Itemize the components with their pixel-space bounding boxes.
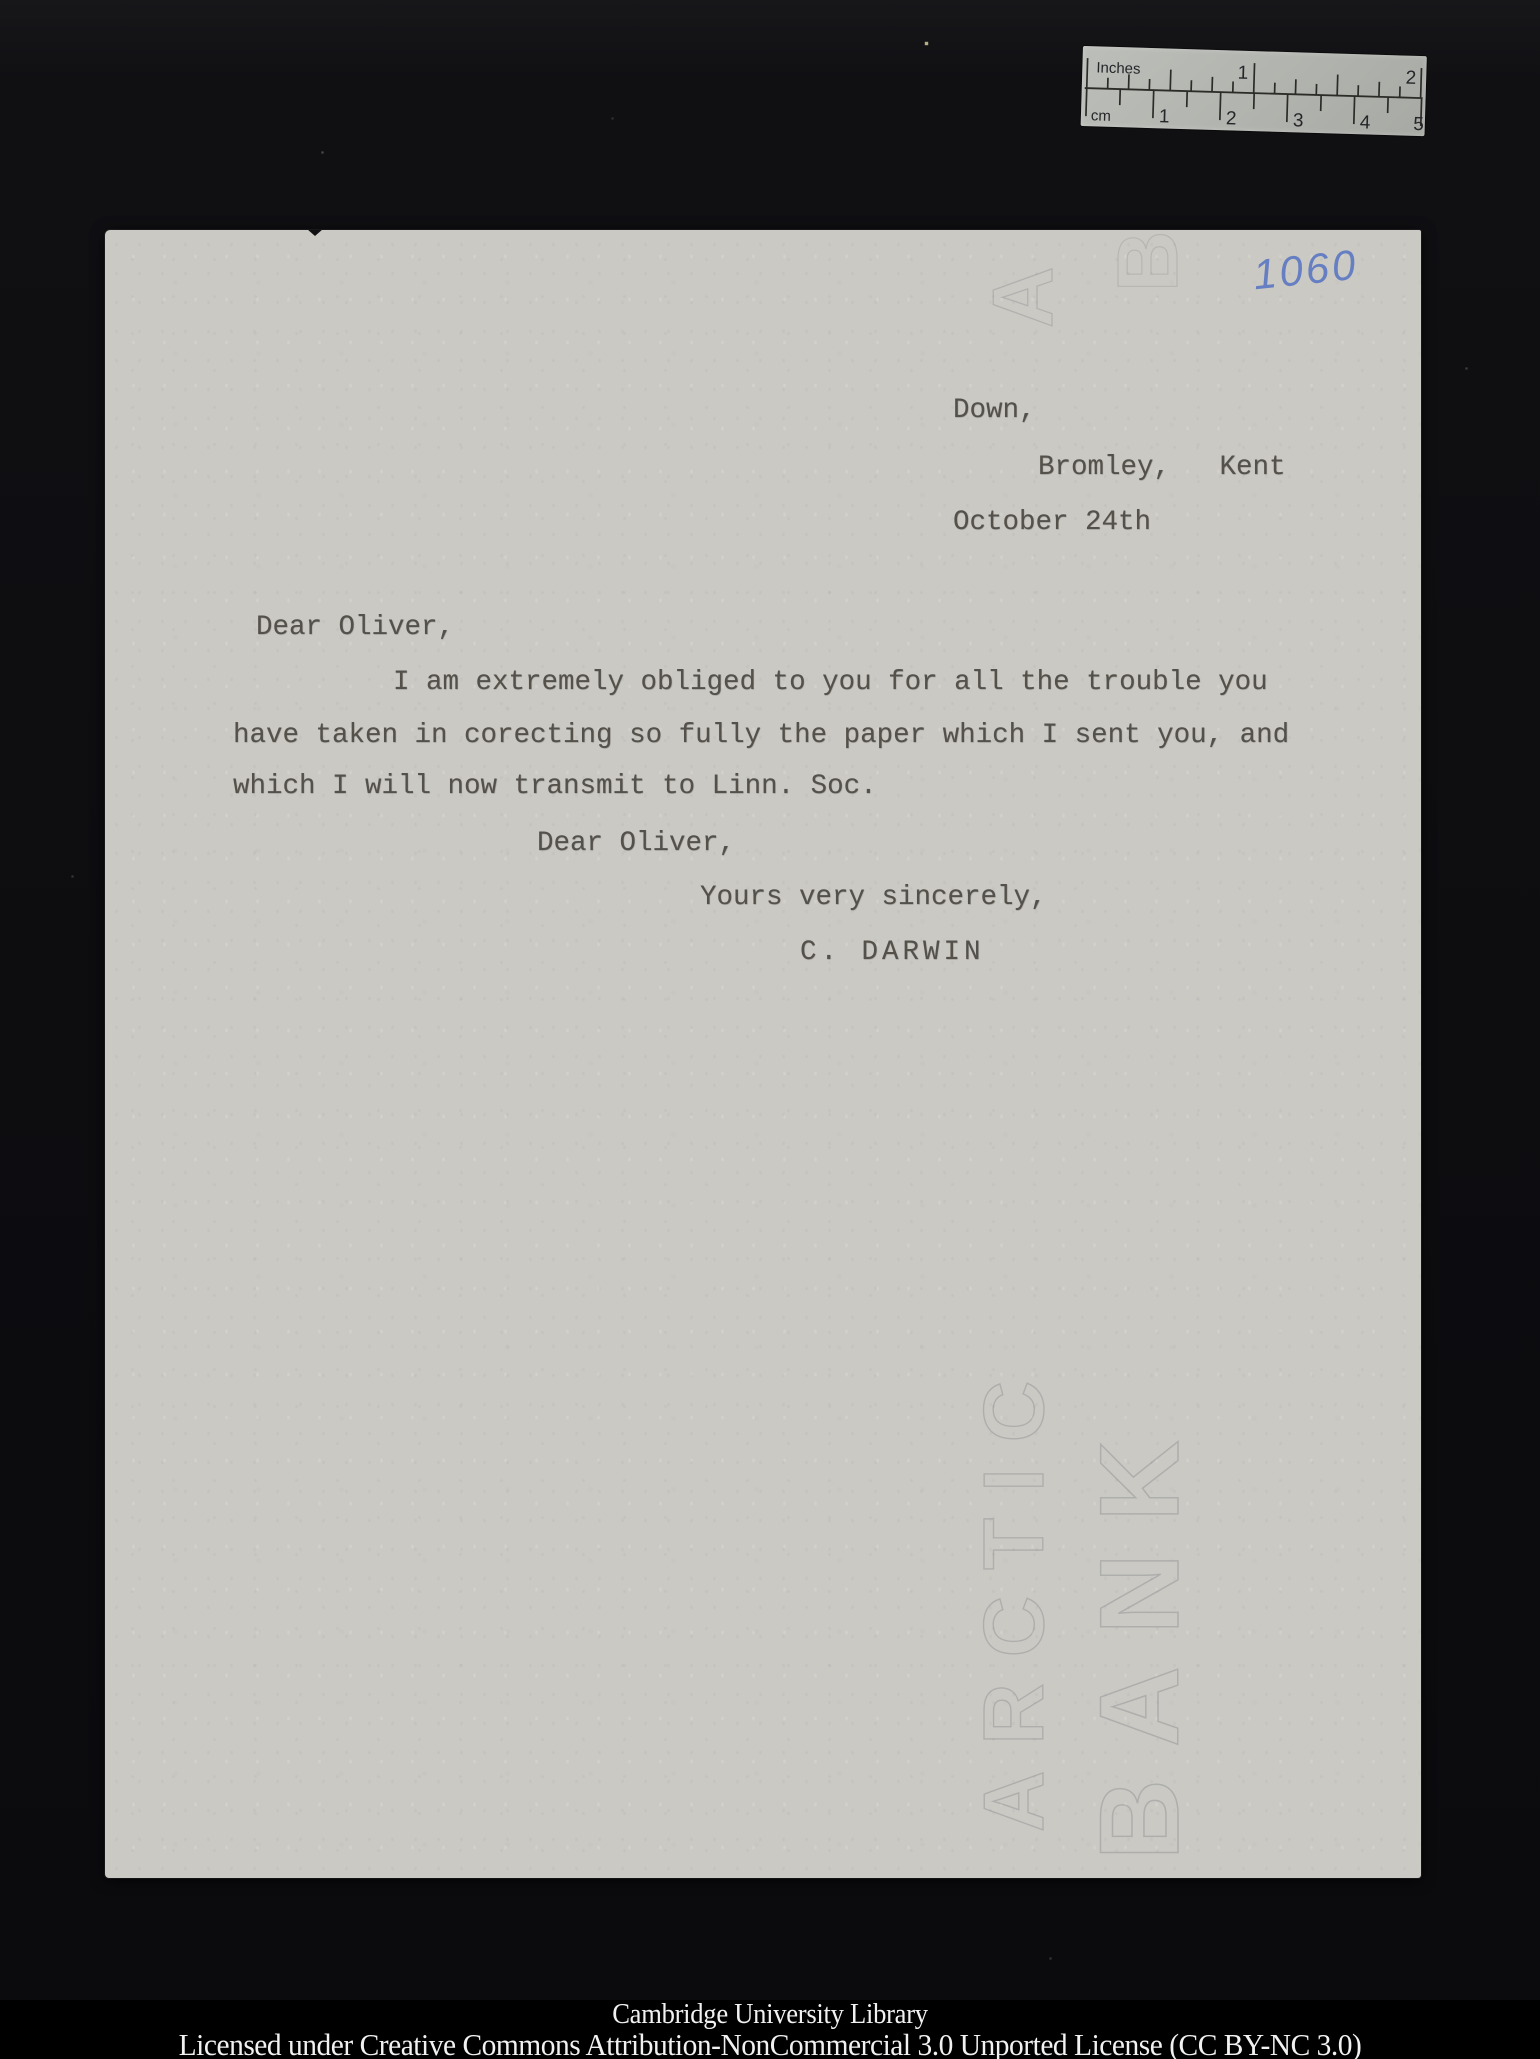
body-line-3: which I will now transmit to Linn. Soc. <box>233 771 877 803</box>
ruler-graphic: Inches 1 2 cm 1 2 3 4 5 <box>1081 46 1427 136</box>
ruler-cm-label: cm <box>1091 107 1111 125</box>
ruler-cm-1: 1 <box>1159 106 1170 127</box>
ruler-cm-5: 5 <box>1413 114 1424 135</box>
valediction-intro: Dear Oliver, <box>537 828 735 860</box>
dust-specks <box>0 0 1 1</box>
address-line-down: Down, <box>953 395 1036 427</box>
address-line-bromley-kent: Bromley, Kent <box>1038 452 1286 484</box>
license-footer: Cambridge University Library Licensed un… <box>0 2000 1540 2059</box>
ruler-cm-2: 2 <box>1226 108 1237 129</box>
letter-paper: A B 1060 Down, Bromley, Kent October 24t… <box>105 230 1421 1878</box>
scanned-letter-page: Inches 1 2 cm 1 2 3 4 5 A B 1060 Down, B… <box>0 0 1540 2059</box>
salutation: Dear Oliver, <box>256 612 454 644</box>
institution-name: Cambridge University Library <box>39 2000 1502 2030</box>
letter-date: October 24th <box>953 507 1151 539</box>
photo-background: Inches 1 2 cm 1 2 3 4 5 A B 1060 Down, B… <box>0 0 1540 2000</box>
license-text: Licensed under Creative Commons Attribut… <box>39 2030 1502 2059</box>
body-line-1: I am extremely obliged to you for all th… <box>393 667 1268 699</box>
catalog-number-handwritten: 1060 <box>1251 241 1361 300</box>
watermark-arctic: ARCTIC <box>966 1362 1040 1832</box>
ruler-cm-3: 3 <box>1293 110 1304 131</box>
watermark-partial-a: A <box>975 238 1065 328</box>
watermark-bank: BANK <box>1075 1420 1149 1860</box>
signature: C. DARWIN <box>800 937 985 969</box>
measurement-ruler: Inches 1 2 cm 1 2 3 4 5 <box>1081 46 1427 136</box>
ruler-inch-1: 1 <box>1237 63 1248 84</box>
paper-edge-notch <box>307 230 323 236</box>
watermark-partial-b: B <box>1100 230 1190 292</box>
ruler-inches-label: Inches <box>1096 59 1141 77</box>
valediction: Yours very sincerely, <box>700 882 1047 914</box>
body-line-2: have taken in corecting so fully the pap… <box>233 720 1289 752</box>
ruler-inch-2: 2 <box>1405 68 1416 89</box>
ruler-cm-4: 4 <box>1360 112 1372 133</box>
